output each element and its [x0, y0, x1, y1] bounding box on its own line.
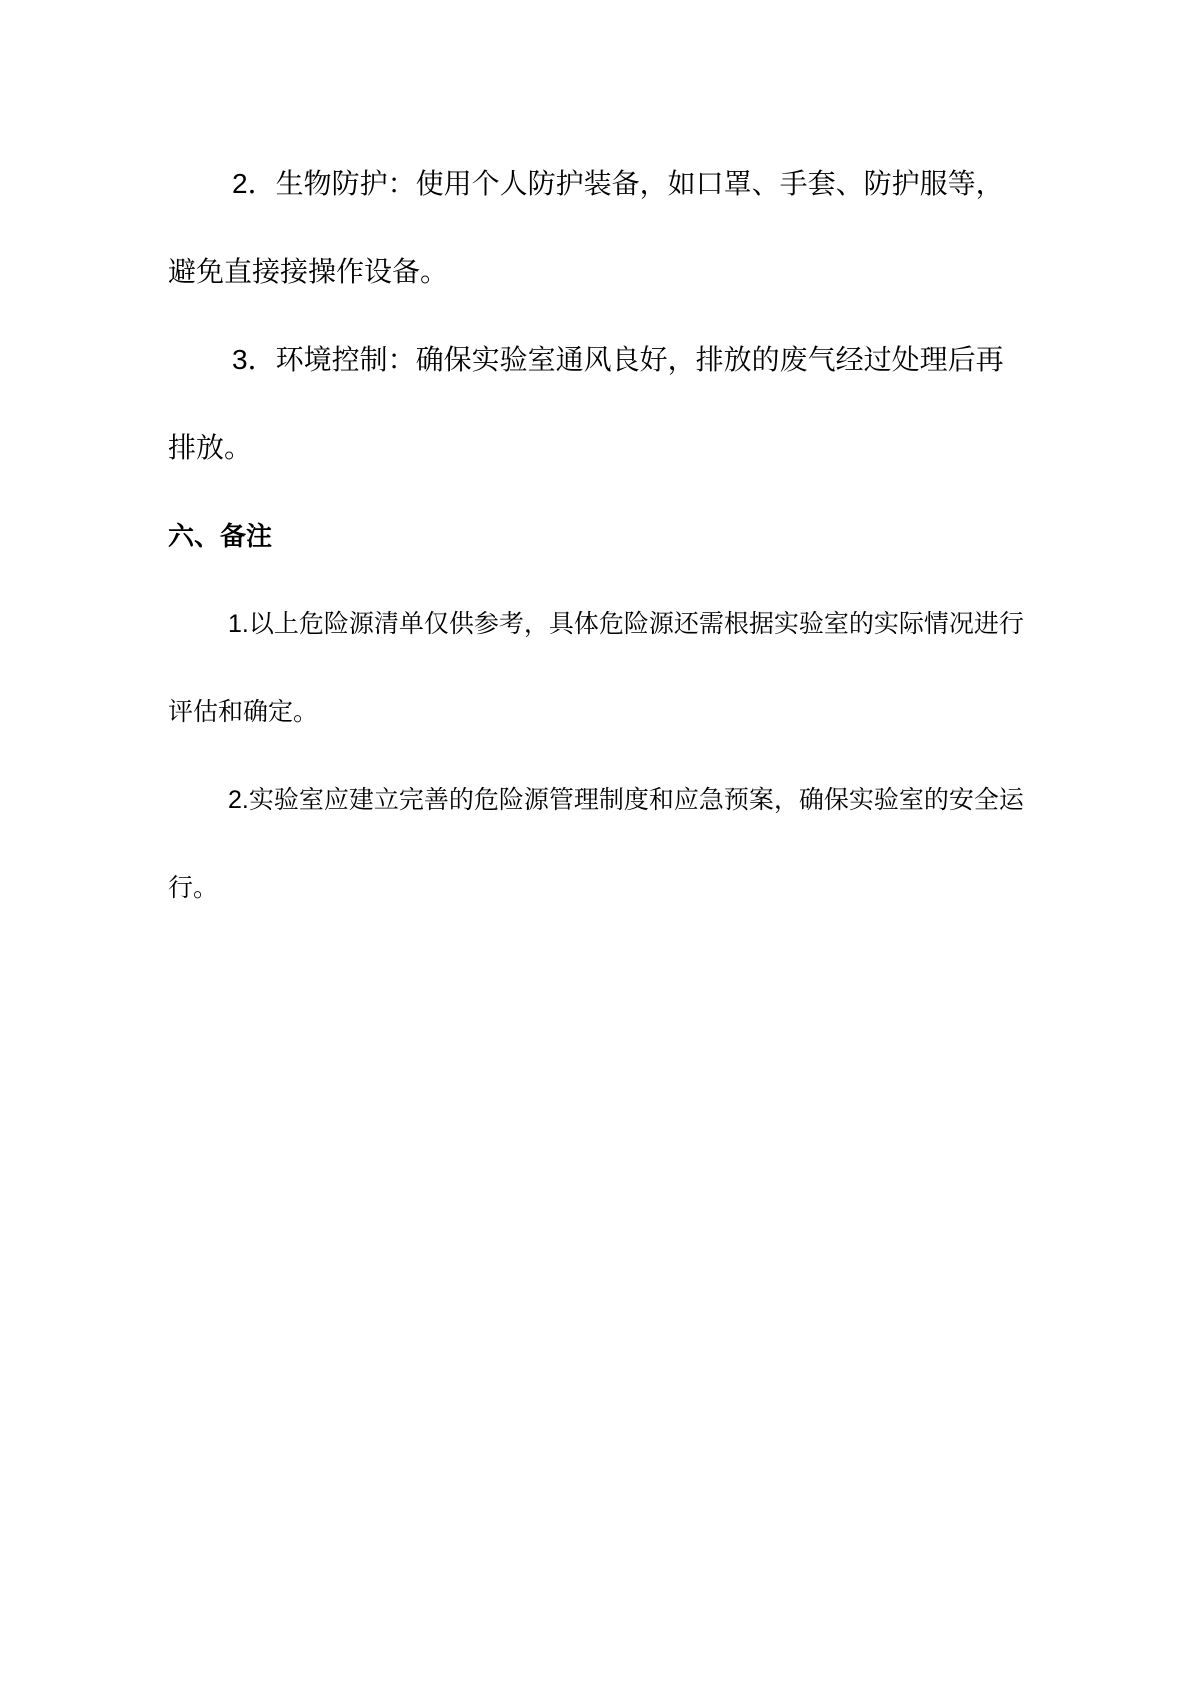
paragraph-biological-protection: 2．生物防护：使用个人防护装备，如口罩、手套、防护服等，避免直接接操作设备。 [168, 140, 1020, 316]
note-paragraph-1: 1.以上危险源清单仅供参考，具体危险源还需根据实验室的实际情况进行评估和确定。 [168, 580, 1032, 756]
note-paragraph-2: 2.实验室应建立完善的危险源管理制度和应急预案，确保实验室的安全运行。 [168, 756, 1032, 932]
paragraph-environment-control: 3．环境控制：确保实验室通风良好，排放的废气经过处理后再排放。 [168, 316, 1020, 492]
document-page: 2．生物防护：使用个人防护装备，如口罩、手套、防护服等，避免直接接操作设备。 3… [0, 0, 1190, 1683]
section-heading-notes: 六、备注 [168, 492, 1020, 580]
